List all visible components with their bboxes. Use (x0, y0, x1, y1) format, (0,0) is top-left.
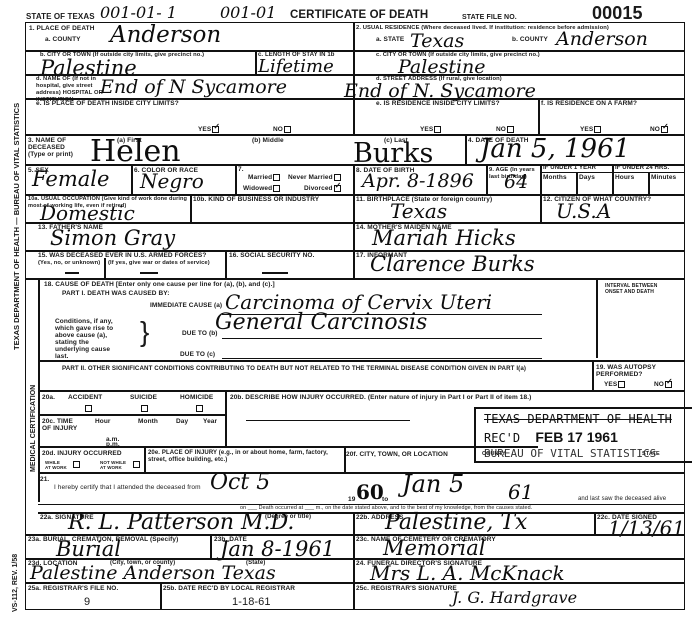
state-label: STATE OF TEXAS (26, 13, 95, 20)
stamp-line-2: REC'D FEB 17 1961 (484, 429, 618, 445)
state-file-number: 00015 (592, 4, 643, 22)
accident-label: ACCIDENT (68, 394, 102, 401)
attended-to-year[interactable]: 61 (508, 480, 533, 504)
divider (540, 194, 542, 222)
res-state-label: a. STATE (376, 36, 404, 43)
divider (255, 50, 257, 74)
attended-from-year[interactable]: 60 (356, 480, 384, 504)
hospital-value[interactable]: End of N Sycamore (100, 76, 287, 98)
to-label: to (382, 496, 388, 503)
handwritten-code-2: 001-01 (220, 3, 276, 22)
underline (246, 420, 410, 421)
divider (144, 446, 146, 472)
suicide-label: SUICIDE (130, 394, 157, 401)
month-label: Month (138, 418, 158, 425)
divider (25, 278, 685, 280)
divider (210, 534, 212, 558)
days-label: Days (579, 174, 595, 181)
yes-checkbox[interactable] (212, 126, 219, 133)
informant-value[interactable]: Clarence Burks (370, 252, 535, 276)
dash-mark (65, 272, 79, 274)
divorced-label: Divorced (304, 185, 333, 192)
hour-label: Hour (95, 418, 111, 425)
divider (612, 164, 614, 194)
divider (104, 258, 106, 278)
birthplace-value[interactable]: Texas (390, 199, 447, 223)
conditions-note: Conditions, if any, which gave rise to a… (55, 318, 115, 360)
homicide-option[interactable]: HOMICIDE (180, 394, 213, 401)
inside-limits-no[interactable]: NO (273, 126, 291, 133)
side-label-department: TEXAS DEPARTMENT OF HEALTH — BUREAU OF V… (12, 103, 21, 350)
divider (353, 512, 355, 534)
divider (131, 164, 133, 194)
dash-mark (262, 272, 288, 274)
res-farm-label: f. IS RESIDENCE ON A FARM? (541, 100, 637, 107)
divider (540, 172, 685, 173)
never-married-option[interactable]: Never Married (288, 174, 341, 181)
married-checkbox[interactable] (273, 174, 280, 181)
year-label: Year (203, 418, 217, 425)
location-value[interactable]: Palestine Anderson Texas (30, 562, 276, 584)
registrar-date-label: 25b. DATE REC'D BY LOCAL REGISTRAR (163, 585, 295, 592)
divider (38, 446, 538, 448)
res-inside-yes[interactable]: YES (420, 126, 441, 133)
homicide-checkbox[interactable] (196, 405, 203, 412)
place-of-injury-label: 20e. PLACE OF INJURY (e.g., in or about … (148, 450, 344, 464)
industry-label: 10b. KIND OF BUSINESS OR INDUSTRY (193, 196, 319, 203)
no-checkbox[interactable] (507, 126, 514, 133)
certification-text-end: and last saw the deceased alive (578, 496, 666, 503)
divorced-option[interactable]: Divorced (304, 185, 341, 192)
registrar-date-value[interactable]: 1-18-61 (232, 597, 271, 608)
year-prefix: 19 (348, 496, 355, 503)
immediate-cause-label: IMMEDIATE CAUSE (a) (150, 302, 222, 309)
state-file-label: STATE FILE NO. (462, 14, 517, 21)
not-while-at-work-option[interactable]: NOT WHILE AT WORK (100, 460, 130, 470)
due-to-b-value[interactable]: General Carcinosis (215, 310, 427, 335)
age-value[interactable]: 64 (504, 171, 528, 193)
document-title: CERTIFICATE OF DEATH (290, 9, 428, 21)
registrar-signature-label: 25c. REGISTRAR'S SIGNATURE (356, 585, 457, 592)
suicide-option[interactable]: SUICIDE (130, 394, 157, 401)
sex-value[interactable]: Female (32, 167, 109, 191)
divider (465, 134, 467, 164)
yes-checkbox[interactable] (618, 381, 625, 388)
never-married-label: Never Married (288, 174, 333, 181)
cemetery-value[interactable]: Memorial (383, 536, 485, 560)
res-county-label: b. COUNTY (512, 36, 548, 43)
divider (596, 278, 598, 358)
res-inside-no[interactable]: NO (496, 126, 514, 133)
divider (353, 582, 355, 610)
armed-forces-sub2: (If yes, give war or dates of service) (108, 260, 210, 267)
race-value[interactable]: Negro (140, 169, 204, 193)
registrar-signature-value[interactable]: J. G. Hardgrave (452, 588, 577, 607)
married-label: Married (248, 174, 272, 181)
side-label-form-number: VS-112, REV. 1/58 (12, 554, 19, 612)
res-inside-limits-label: e. IS RESIDENCE INSIDE CITY LIMITS? (376, 100, 500, 107)
yes-label: YES (604, 381, 617, 388)
divider (486, 164, 488, 194)
autopsy-no[interactable]: NO (654, 381, 672, 388)
married-option[interactable]: Married (248, 174, 280, 181)
attended-from-date[interactable]: Oct 5 (210, 470, 270, 495)
no-label: NO (654, 381, 664, 388)
due-to-b-label: DUE TO (b) (182, 330, 218, 337)
accident-option[interactable]: ACCIDENT (68, 394, 102, 401)
divider (235, 164, 237, 194)
stamp-received-date: FEB 17 1961 (535, 429, 618, 445)
divider (25, 582, 685, 584)
no-label: NO (496, 126, 506, 133)
received-stamp: TEXAS DEPARTMENT OF HEALTH REC'D FEB 17 … (474, 407, 692, 463)
ssn-label: 16. SOCIAL SECURITY NO. (229, 252, 315, 259)
injury-city-label: 20f. CITY, TOWN, OR LOCATION (346, 451, 448, 458)
county-value[interactable]: Anderson (110, 22, 221, 48)
divider (38, 472, 685, 474)
part1-label: PART I. DEATH WAS CAUSED BY: (62, 290, 170, 297)
no-label: NO (650, 126, 660, 133)
registrar-file-label: 25a. REGISTRAR'S FILE NO. (28, 585, 118, 592)
divider (38, 390, 685, 392)
divider (190, 194, 192, 222)
day-label: Day (176, 418, 188, 425)
divider (225, 390, 227, 446)
center-divider-top (353, 22, 355, 134)
certification-text-start: I hereby certify that I attended the dec… (54, 484, 201, 491)
dash-mark (140, 272, 158, 274)
name-label: 3. NAME OF DECEASED (Type or print) (28, 137, 76, 158)
inside-limits-label: e. IS PLACE OF DEATH INSIDE CITY LIMITS? (36, 100, 179, 107)
inside-limits-yes[interactable]: YES (198, 126, 219, 133)
yes-label: YES (198, 126, 211, 133)
stamp-received-label: REC'D (484, 431, 520, 445)
interval-label: INTERVAL BETWEEN ONSET AND DEATH (605, 283, 675, 295)
while-at-work-checkbox[interactable] (73, 461, 80, 468)
widowed-label: Widowed (243, 185, 272, 192)
part2-label: PART II. OTHER SIGNIFICANT CONDITIONS CO… (62, 365, 526, 372)
underline (222, 358, 542, 359)
citizen-value[interactable]: U.S.A (556, 199, 611, 223)
armed-forces-label: 15. WAS DECEASED EVER IN U.S. ARMED FORC… (38, 252, 206, 259)
middle-name-label: (b) Middle (252, 137, 284, 144)
registrar-file-value[interactable]: 9 (84, 597, 90, 608)
due-to-c-label: DUE TO (c) (180, 351, 215, 358)
date-of-death-value[interactable]: Jan 5, 1961 (480, 134, 630, 164)
time-of-injury-label: 20c. TIME OF INJURY (42, 418, 82, 432)
divider (160, 582, 162, 610)
cause-label: 18. CAUSE OF DEATH [Enter only one cause… (44, 281, 275, 288)
divider (353, 194, 355, 222)
mother-value[interactable]: Mariah Hicks (372, 226, 516, 250)
attended-to-date[interactable]: Jan 5 (402, 470, 464, 498)
res-farm-no[interactable]: NO (650, 126, 668, 133)
minutes-label: Minutes (651, 174, 676, 181)
yes-label: YES (420, 126, 433, 133)
stamp-line-3: BUREAU OF VITAL STATISTICS (484, 447, 656, 460)
handwritten-code-1: 001-01- 1 (100, 3, 177, 22)
no-checkbox[interactable] (661, 126, 668, 133)
not-while-at-work-checkbox[interactable] (133, 461, 140, 468)
place-of-death-label: 1. PLACE OF DEATH (29, 25, 95, 32)
divider (225, 250, 227, 278)
divider (353, 222, 355, 252)
describe-injury-label: 20b. DESCRIBE HOW INJURY OCCURRED. (Ente… (230, 394, 531, 401)
manner-label: 20a. (42, 394, 55, 401)
res-state-value[interactable]: Texas (410, 30, 464, 52)
widowed-option[interactable]: Widowed (243, 185, 280, 192)
no-label: NO (273, 126, 283, 133)
res-county-value[interactable]: Anderson (556, 28, 648, 50)
yes-label: YES (580, 126, 593, 133)
no-checkbox[interactable] (284, 126, 291, 133)
divider (576, 172, 578, 194)
under-24-label: IF UNDER 24 HRS. (615, 165, 669, 172)
certification-number: 21. (40, 476, 49, 483)
res-farm-yes[interactable]: YES (580, 126, 601, 133)
father-value[interactable]: Simon Gray (50, 226, 175, 250)
divider (353, 250, 355, 278)
accident-checkbox[interactable] (85, 405, 92, 412)
divider (540, 164, 542, 194)
divider (344, 446, 346, 472)
injury-occurred-label: 20d. INJURY OCCURRED (42, 450, 122, 457)
homicide-label: HOMICIDE (180, 394, 213, 401)
divider (38, 414, 225, 416)
widowed-checkbox[interactable] (273, 185, 280, 192)
date-signed-value[interactable]: 1/13/61 (608, 516, 685, 540)
brace: } (140, 318, 149, 346)
physician-address[interactable]: Palestine, Tx (385, 510, 527, 535)
while-at-work-option[interactable]: WHILE AT WORK (45, 460, 67, 470)
county-label: a. COUNTY (45, 36, 81, 43)
armed-forces-sub1: (Yes, no, or unknown) (38, 260, 100, 267)
suicide-checkbox[interactable] (141, 405, 148, 412)
divorced-checkbox[interactable] (334, 185, 341, 192)
physician-signature[interactable]: R. L. Patterson M.D. (68, 510, 294, 535)
divider (25, 222, 685, 224)
divider (648, 172, 650, 194)
divider (592, 360, 594, 390)
yes-checkbox[interactable] (594, 126, 601, 133)
marital-label: 7. (238, 166, 244, 173)
hours-label: Hours (615, 174, 634, 181)
divider (38, 360, 685, 362)
months-label: Months (543, 174, 567, 181)
underline (222, 338, 542, 339)
date-of-birth-value[interactable]: Apr. 8-1896 (362, 170, 474, 192)
autopsy-yes[interactable]: YES (604, 381, 625, 388)
divider (594, 512, 596, 534)
never-married-checkbox[interactable] (334, 174, 341, 181)
under-year-label: IF UNDER 1 YEAR (543, 165, 596, 172)
autopsy-label: 19. WAS AUTOPSY PERFORMED? (596, 364, 682, 378)
no-checkbox[interactable] (665, 381, 672, 388)
stamp-line-1: TEXAS DEPARTMENT OF HEALTH (484, 412, 672, 426)
divider (538, 98, 540, 134)
divider (353, 164, 355, 194)
yes-checkbox[interactable] (434, 126, 441, 133)
